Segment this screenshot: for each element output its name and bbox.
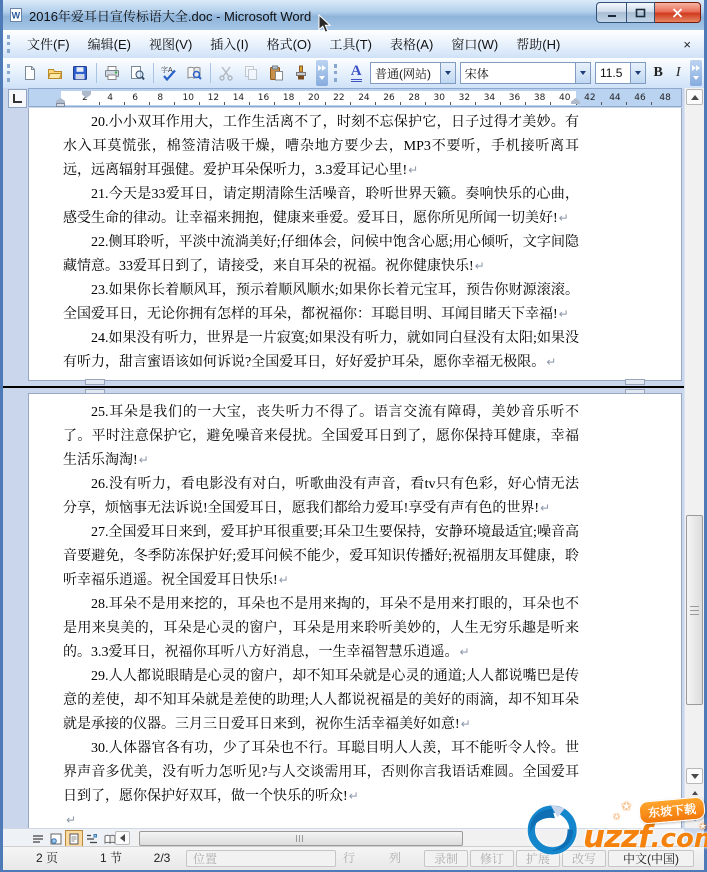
paragraph-mark-icon: ↵: [461, 717, 471, 731]
print-layout-view-button[interactable]: [65, 830, 83, 847]
ruler-tick: [651, 102, 652, 105]
ruler-number: 34: [484, 93, 495, 103]
open-icon: [47, 65, 63, 81]
normal-view-button[interactable]: [29, 830, 47, 847]
document-area: 20.小小双耳作用大，工作生活离不了，时刻不忘保护它，日子过得才美妙。有水入耳莫…: [3, 108, 684, 828]
paragraph-mark-icon: ↵: [349, 789, 359, 803]
print-button[interactable]: [100, 61, 125, 85]
document-paragraph: 30.人体器官各有功，少了耳朵也不行。耳聪目明人人羡，耳不能听令人怜。世界声音多…: [63, 737, 579, 809]
dropdown-arrow-icon[interactable]: [440, 63, 455, 83]
ruler-number: 22: [333, 93, 344, 103]
spelling-check-button[interactable]: 字A: [157, 61, 182, 85]
scroll-left-button[interactable]: [115, 831, 130, 845]
toolbar-separator: [96, 63, 97, 83]
left-indent-marker[interactable]: [56, 103, 65, 107]
paragraph-mark-icon: ↵: [559, 211, 569, 225]
page-margin-mark: [85, 379, 105, 385]
document-paragraph: 23.如果你长着顺风耳，预示着顺风顺水;如果你长着元宝耳，预告你财源滚滚。全国爱…: [63, 279, 579, 327]
up-arrow-icon: [691, 95, 699, 100]
ruler-tick: [99, 102, 100, 105]
ruler-tick: [224, 102, 225, 105]
font-size-combobox[interactable]: 11.5: [595, 62, 646, 84]
ruler-tick: [274, 102, 275, 105]
outline-view-button[interactable]: [83, 830, 101, 847]
outline-view-icon: [86, 833, 98, 845]
style-value: 普通(网站): [371, 65, 440, 82]
document-paragraph: 24.如果没有听力，世界是一片寂寞;如果没有听力，就如同白昼没有太阳;如果没有听…: [63, 327, 579, 375]
paragraph-mark-icon: ↵: [139, 453, 149, 467]
ruler-number: 26: [383, 93, 394, 103]
style-combobox[interactable]: 普通(网站): [370, 62, 456, 84]
print-preview-icon: [129, 65, 145, 81]
page-break: [3, 381, 684, 393]
word-document-icon: W: [8, 7, 24, 23]
menu-item[interactable]: 插入(I): [201, 33, 257, 56]
menu-item[interactable]: 格式(O): [258, 33, 321, 56]
mouse-cursor-icon: [318, 14, 332, 39]
document-close-button[interactable]: ×: [678, 35, 696, 54]
menu-item[interactable]: 编辑(E): [79, 33, 140, 56]
ruler-number: 10: [183, 93, 194, 103]
ruler-number: 44: [609, 93, 620, 103]
uzzf-watermark: uzzf.com 东坡下载 ★ ★ ★: [525, 799, 707, 865]
word-window: W 2016年爱耳日宣传标语大全.doc - Microsoft Word 文件…: [0, 0, 707, 872]
dropdown-arrow-icon[interactable]: [575, 63, 590, 83]
toolbar-separator: [210, 63, 211, 83]
status-column: 列: [383, 850, 423, 867]
styles-icon: A: [351, 64, 362, 82]
print-layout-view-icon: [68, 833, 80, 845]
paragraph-mark-icon: ↵: [540, 501, 550, 515]
document-paragraph: 28.耳朵不是用来挖的，耳朵也不是用来掏的，耳朵不是用来打眼的，耳朵也不是用来臭…: [63, 593, 579, 665]
standard-toolbar: 字A A 普通(网站) 宋体 11.5 B I: [3, 58, 704, 89]
open-button[interactable]: [43, 61, 68, 85]
star-icon: ★: [621, 799, 632, 813]
ruler-tick: [475, 102, 476, 105]
title-bar: W 2016年爱耳日宣传标语大全.doc - Microsoft Word: [3, 0, 704, 31]
ruler-zone: 2468101214161820222426283032343638404244…: [3, 88, 684, 108]
document-paragraph: 20.小小双耳作用大，工作生活离不了，时刻不忘保护它，日子过得才美妙。有水入耳莫…: [63, 111, 579, 183]
page-break-line: [3, 386, 684, 388]
ruler-tick: [626, 102, 627, 105]
paste-button[interactable]: [264, 61, 289, 85]
ruler-tick: [500, 102, 501, 105]
ruler-tick: [249, 102, 250, 105]
styles-and-formatting-button[interactable]: A: [344, 61, 368, 85]
save-icon: [72, 65, 88, 81]
document-paragraph: 25.耳朵是我们的一大宝，丧失听力不得了。语言交流有障碍，美妙音乐听不了。平时注…: [63, 401, 579, 473]
toolbar-grip-icon: [334, 64, 340, 82]
ruler-number: 30: [434, 93, 445, 103]
ruler-tick: [149, 102, 150, 105]
status-record-macro[interactable]: 录制: [424, 850, 468, 867]
ruler-tick: [350, 102, 351, 105]
ruler-number: 42: [584, 93, 595, 103]
ruler-tick: [450, 102, 451, 105]
bold-button[interactable]: B: [648, 62, 668, 84]
status-section: 1 节: [83, 850, 139, 867]
new-document-button[interactable]: [18, 61, 43, 85]
paragraph-mark-icon: ↵: [475, 259, 485, 273]
font-combobox[interactable]: 宋体: [460, 62, 591, 84]
toolbar-grip-icon: [7, 35, 13, 53]
horizontal-ruler[interactable]: 2468101214161820222426283032343638404244…: [28, 88, 682, 107]
paragraph-mark-icon: ↵: [408, 163, 418, 177]
copy-button[interactable]: [239, 61, 264, 85]
ruler-number: 12: [208, 93, 219, 103]
web-layout-view-icon: [50, 833, 62, 845]
document-page[interactable]: 20.小小双耳作用大，工作生活离不了，时刻不忘保护它，日子过得才美妙。有水入耳莫…: [28, 108, 682, 381]
status-page-indicator: 2/3: [139, 850, 185, 867]
close-button[interactable]: [655, 2, 701, 23]
ruler-number: 18: [283, 93, 294, 103]
document-paragraph: ↵: [63, 809, 579, 828]
status-page-count: 2 页: [11, 850, 83, 867]
paragraph-mark-icon: ↵: [279, 573, 289, 587]
cut-icon: [218, 65, 234, 81]
ruler-tick: [325, 102, 326, 105]
scroll-up-button[interactable]: [686, 89, 703, 105]
down-arrow-icon: [691, 774, 699, 779]
web-layout-view-button[interactable]: [47, 830, 65, 847]
vertical-scroll-thumb[interactable]: [686, 515, 703, 705]
paragraph-mark-icon: ↵: [66, 813, 76, 827]
ruler-tick: [375, 102, 376, 105]
ruler-number: 48: [659, 93, 670, 103]
format-painter-icon: [293, 65, 309, 81]
scroll-down-button[interactable]: [686, 768, 703, 784]
dropdown-arrow-icon[interactable]: [630, 63, 645, 83]
ruler-tick: [601, 102, 602, 105]
ruler-number: 24: [358, 93, 369, 103]
toolbar-options-chevron-icon[interactable]: [316, 60, 328, 86]
ruler-number: 20: [308, 93, 319, 103]
svg-text:W: W: [12, 11, 21, 21]
ruler-number: 32: [459, 93, 470, 103]
minimize-button[interactable]: [596, 2, 627, 23]
spelling-check-icon: 字A: [161, 65, 177, 81]
research-icon: [186, 65, 202, 81]
ruler-number: 16: [258, 93, 269, 103]
menu-item[interactable]: 表格(A): [381, 33, 442, 56]
ruler-tick: [124, 102, 125, 105]
ruler-number: 46: [634, 93, 645, 103]
research-button[interactable]: [182, 61, 207, 85]
ruler-tick: [525, 102, 526, 105]
document-paragraph: 29.人人都说眼睛是心灵的窗户，却不知耳朵就是心灵的通道;人人都说嘴巴是传意的差…: [63, 665, 579, 737]
vertical-scrollbar[interactable]: [684, 88, 704, 828]
document-paragraph: 21.今天是33爱耳日，请定期清除生活噪音，聆听世界天籁。奏响快乐的心曲，感受生…: [63, 183, 579, 231]
maximize-button[interactable]: [627, 2, 655, 23]
star-icon: ★: [613, 812, 620, 821]
toolbar-grip-icon: [7, 64, 13, 82]
normal-view-icon: [32, 833, 44, 845]
cut-button[interactable]: [214, 61, 239, 85]
toolbar-separator: [153, 63, 154, 83]
left-arrow-icon: [120, 834, 125, 842]
svg-text:字A: 字A: [161, 65, 173, 74]
ruler-tick: [400, 102, 401, 105]
horizontal-scroll-thumb[interactable]: [139, 831, 463, 846]
status-track-changes[interactable]: 修订: [470, 850, 514, 867]
new-document-icon: [22, 65, 38, 81]
page-margin-mark: [625, 379, 645, 385]
paragraph-mark-icon: ↵: [546, 355, 556, 369]
star-icon: ★: [699, 821, 707, 832]
ruler-number: 28: [408, 93, 419, 103]
ruler-number: 4: [107, 93, 113, 103]
ruler-number: 40: [559, 93, 570, 103]
tab-selector-button[interactable]: [8, 89, 27, 108]
document-page[interactable]: 25.耳朵是我们的一大宝，丧失听力不得了。语言交流有障碍，美妙音乐听不了。平时注…: [28, 393, 682, 828]
paragraph-mark-icon: ↵: [559, 307, 569, 321]
toolbar-options-chevron-icon[interactable]: [690, 60, 702, 86]
paragraph-mark-icon: ↵: [460, 645, 470, 659]
save-button[interactable]: [68, 61, 93, 85]
menu-bar: 文件(F)编辑(E)视图(V)插入(I)格式(O)工具(T)表格(A)窗口(W)…: [3, 30, 704, 58]
ruler-number: 14: [233, 93, 244, 103]
ruler-number: 36: [509, 93, 520, 103]
ruler-tick: [425, 102, 426, 105]
ruler-tick: [550, 102, 551, 105]
status-line: 行: [337, 850, 383, 867]
uzzf-brand-text: uzzf.com: [583, 819, 707, 855]
format-painter-button[interactable]: [289, 61, 314, 85]
menu-item[interactable]: 视图(V): [140, 33, 201, 56]
ruler-tick: [199, 102, 200, 105]
menu-item[interactable]: 文件(F): [18, 33, 79, 56]
ruler-tick: [174, 102, 175, 105]
status-position: 位置: [186, 850, 336, 867]
ruler-number: 6: [132, 93, 138, 103]
ruler-number: 8: [157, 93, 163, 103]
document-paragraph: 22.侧耳聆听，平淡中流淌美好;仔细体会，问候中饱含心愿;用心倾听，文字间隐藏情…: [63, 231, 579, 279]
ruler-number: 38: [534, 93, 545, 103]
double-up-arrow-icon: [692, 790, 698, 796]
print-icon: [104, 65, 120, 81]
document-paragraph: 26.没有听力，看电影没有对白，听歌曲没有声音，看tv只有色彩，好心情无法分享，…: [63, 473, 579, 521]
ruler-tick: [299, 102, 300, 105]
window-title: 2016年爱耳日宣传标语大全.doc - Microsoft Word: [29, 6, 311, 25]
copy-icon: [243, 65, 259, 81]
left-tab-icon: [13, 94, 22, 103]
print-preview-button[interactable]: [125, 61, 150, 85]
font-value: 宋体: [461, 65, 575, 82]
menu-item[interactable]: 窗口(W): [442, 33, 507, 56]
paste-icon: [268, 65, 284, 81]
document-paragraph: 27.全国爱耳日来到，爱耳护耳很重要;耳朵卫生要保持，安静环境最适宜;噪音高音要…: [63, 521, 579, 593]
uzzf-swoosh-icon: [525, 801, 583, 864]
menu-item[interactable]: 帮助(H): [507, 33, 569, 56]
italic-button[interactable]: I: [668, 62, 688, 84]
font-size-value: 11.5: [596, 66, 630, 80]
